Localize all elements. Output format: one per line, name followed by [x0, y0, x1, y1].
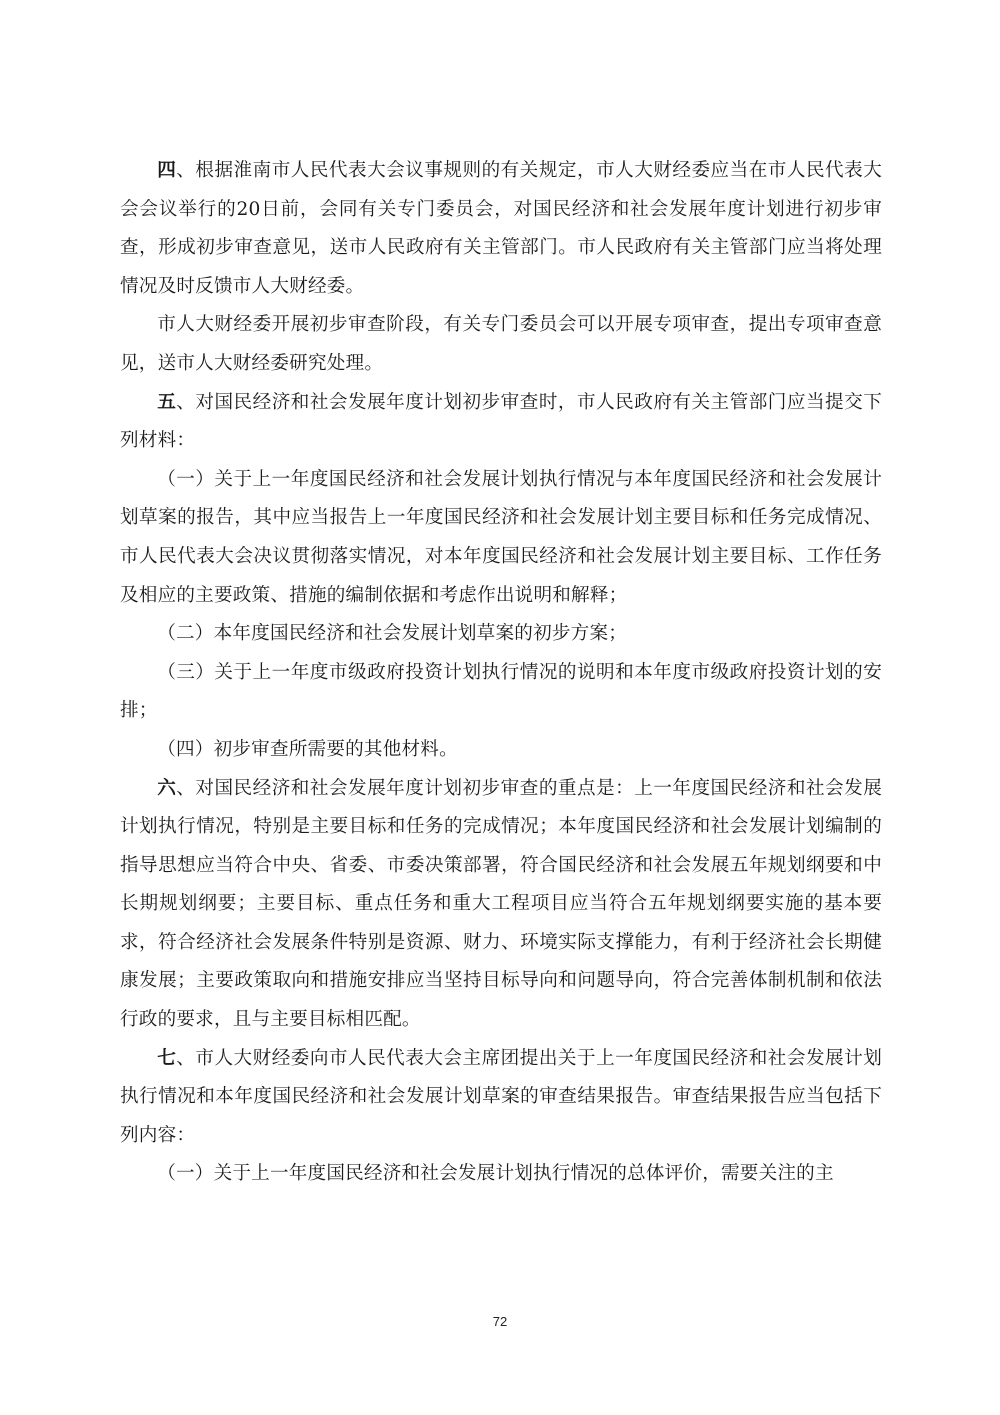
paragraph-text: 、市人大财经委向市人民代表大会主席团提出关于上一年度国民经济和社会发展计划执行情…: [120, 1048, 882, 1146]
paragraph-text: （一）关于上一年度国民经济和社会发展计划执行情况与本年度国民经济和社会发展计划草…: [120, 469, 882, 606]
document-page: 四、根据淮南市人民代表大会议事规则的有关规定，市人大财经委应当在市人民代表大会会…: [120, 152, 882, 1194]
list-item-5-2: （二）本年度国民经济和社会发展计划草案的初步方案；: [120, 615, 882, 654]
article-number: 六: [157, 778, 176, 799]
list-item-5-4: （四）初步审查所需要的其他材料。: [120, 731, 882, 770]
paragraph-text: （三）关于上一年度市级政府投资计划执行情况的说明和本年度市级政府投资计划的安排；: [120, 662, 882, 722]
list-item-5-1: （一）关于上一年度国民经济和社会发展计划执行情况与本年度国民经济和社会发展计划草…: [120, 461, 882, 615]
paragraph-article-4-special-review: 市人大财经委开展初步审查阶段，有关专门委员会可以开展专项审查，提出专项审查意见，…: [120, 306, 882, 383]
paragraph-article-5: 五、对国民经济和社会发展年度计划初步审查时，市人民政府有关主管部门应当提交下列材…: [120, 384, 882, 461]
paragraph-text: （一）关于上一年度国民经济和社会发展计划执行情况的总体评价，需要关注的主: [157, 1163, 834, 1184]
paragraph-text: 、根据淮南市人民代表大会议事规则的有关规定，市人大财经委应当在市人民代表大会会议…: [120, 160, 882, 297]
list-item-7-1: （一）关于上一年度国民经济和社会发展计划执行情况的总体评价，需要关注的主: [120, 1155, 882, 1194]
paragraph-text: 市人大财经委开展初步审查阶段，有关专门委员会可以开展专项审查，提出专项审查意见，…: [120, 314, 882, 374]
article-number: 七: [157, 1048, 176, 1069]
paragraph-article-4: 四、根据淮南市人民代表大会议事规则的有关规定，市人大财经委应当在市人民代表大会会…: [120, 152, 882, 306]
article-number: 四: [157, 160, 176, 181]
paragraph-text: 、对国民经济和社会发展年度计划初步审查的重点是：上一年度国民经济和社会发展计划执…: [120, 778, 882, 1031]
paragraph-text: 、对国民经济和社会发展年度计划初步审查时，市人民政府有关主管部门应当提交下列材料…: [120, 392, 882, 452]
article-number: 五: [157, 392, 176, 413]
page-number: 72: [0, 1314, 1000, 1329]
paragraph-text: （四）初步审查所需要的其他材料。: [157, 739, 458, 760]
list-item-5-3: （三）关于上一年度市级政府投资计划执行情况的说明和本年度市级政府投资计划的安排；: [120, 654, 882, 731]
paragraph-text: （二）本年度国民经济和社会发展计划草案的初步方案；: [157, 623, 627, 644]
paragraph-article-7: 七、市人大财经委向市人民代表大会主席团提出关于上一年度国民经济和社会发展计划执行…: [120, 1040, 882, 1156]
paragraph-article-6: 六、对国民经济和社会发展年度计划初步审查的重点是：上一年度国民经济和社会发展计划…: [120, 770, 882, 1040]
